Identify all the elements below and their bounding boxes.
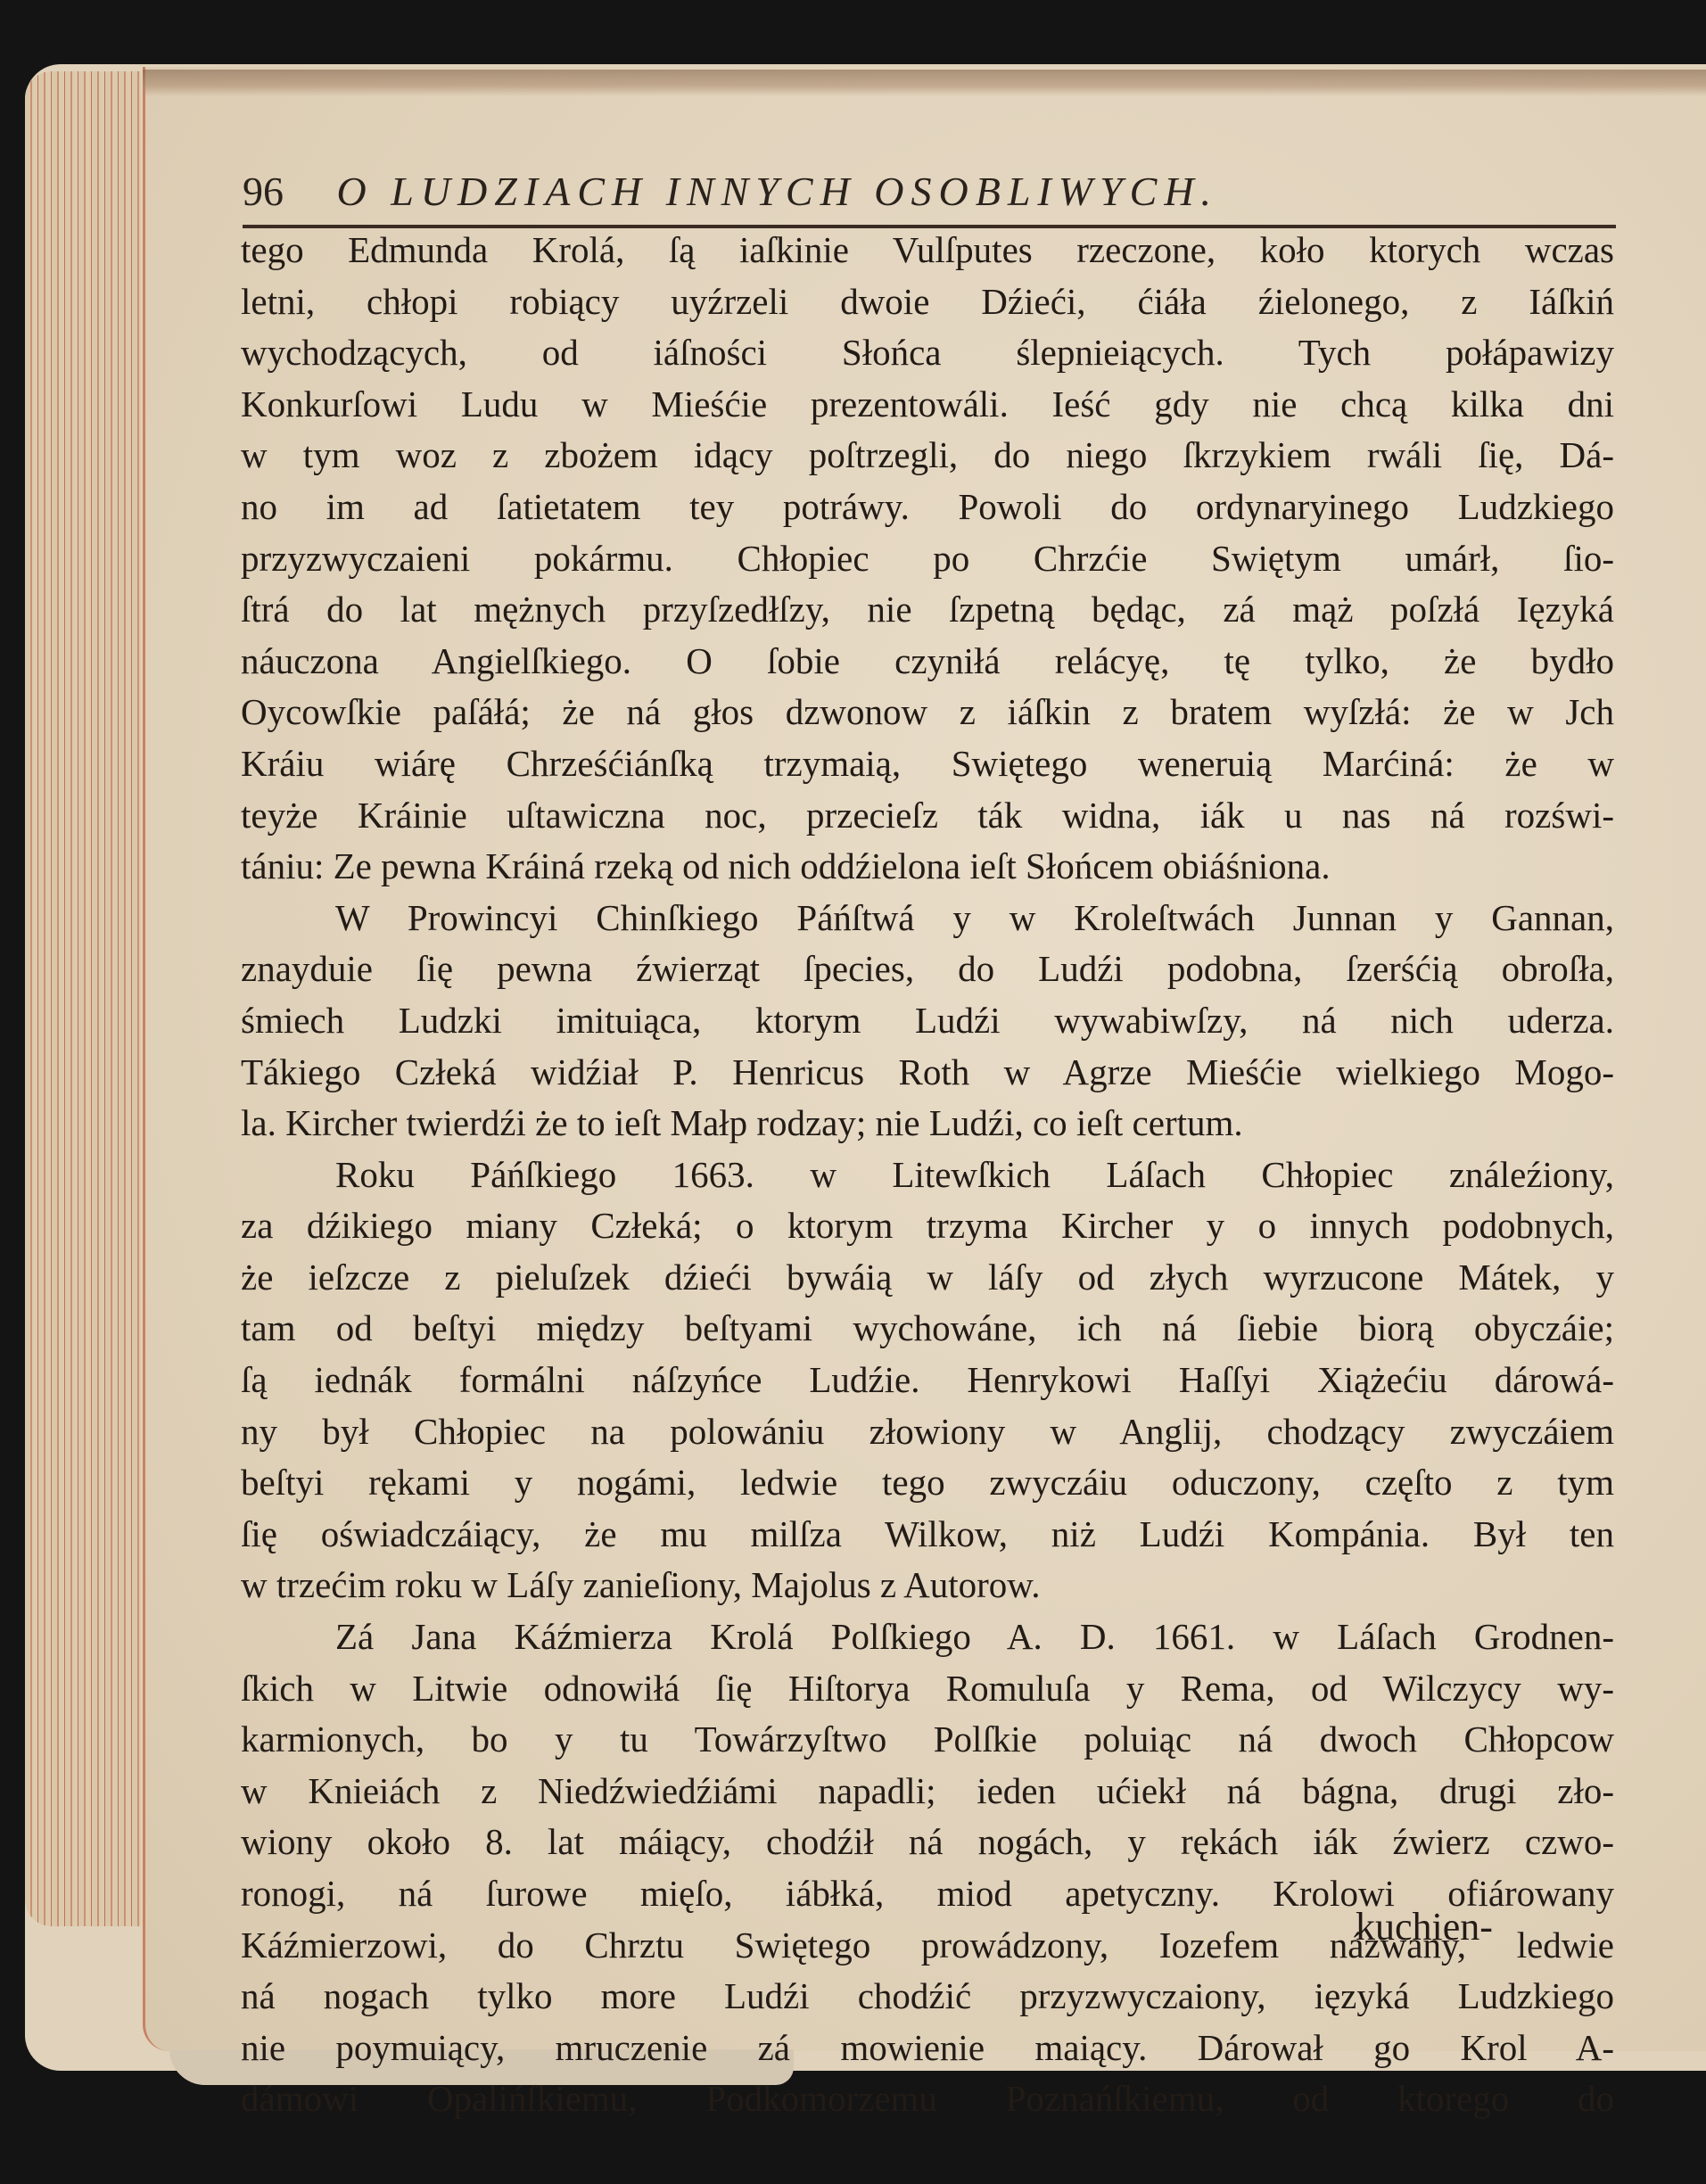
text-line: za dźikiego miany Człeká; o ktorym trzym… — [241, 1200, 1614, 1252]
text-line: W Prowincyi Chinſkiego Páńſtwá y w Krole… — [241, 893, 1614, 944]
text-line: la. Kircher twierdźi że to ieſt Małp rod… — [241, 1098, 1614, 1150]
text-line: letni, chłopi robiący uyźrzeli dwoie Dźi… — [241, 276, 1614, 328]
text-line: wychodzących, od iáſności Słońca ślepnie… — [241, 327, 1614, 379]
text-line: ſię oświadczáiący, że mu milſza Wilkow, … — [241, 1509, 1614, 1561]
text-line: nie poymuiący, mruczenie zá mowienie mai… — [241, 2023, 1614, 2074]
text-line: znayduie ſię pewna źwierząt ſpecies, do … — [241, 944, 1614, 995]
text-line: ny był Chłopiec na polowániu złowiony w … — [241, 1406, 1614, 1458]
text-line: Tákiego Człeká widźiał P. Henricus Roth … — [241, 1047, 1614, 1099]
text-line: beſtyi rękami y nogámi, ledwie tego zwyc… — [241, 1457, 1614, 1509]
text-line: tam od beſtyi między beſtyami wychowáne,… — [241, 1303, 1614, 1355]
text-line: ſtrá do lat mężnych przyſzedłſzy, nie ſz… — [241, 584, 1614, 636]
text-line: no im ad ſatietatem tey potráwy. Powoli … — [241, 482, 1614, 533]
text-line: Konkurſowi Ludu w Mieśćie prezentowáli. … — [241, 379, 1614, 431]
page-number: 96 — [243, 169, 284, 214]
running-head-title: O LUDZIACH INNYCH OSOBLIWYCH. — [337, 169, 1219, 214]
text-line: Kráiu wiárę Chrześćiánſką trzymaią, Swię… — [241, 738, 1614, 790]
text-line: śmiech Ludzki imituiąca, ktorym Ludźi wy… — [241, 995, 1614, 1047]
text-line: teyże Kráinie uſtawiczna noc, przecieſz … — [241, 790, 1614, 842]
text-line: Roku Páńſkiego 1663. w Litewſkich Láſach… — [241, 1150, 1614, 1201]
text-line: ná nogach tylko more Ludźi chodźić przyz… — [241, 1971, 1614, 2023]
page-top-edge — [143, 70, 1706, 96]
text-line: wiony około 8. lat máiący, chodźił ná no… — [241, 1817, 1614, 1868]
text-line: ſą iednák formálni náſzyńce Ludźie. Henr… — [241, 1355, 1614, 1406]
page-edges — [25, 71, 141, 1926]
text-line: náuczona Angielſkiego. O ſobie czyniłá r… — [241, 636, 1614, 688]
text-line: w trzećim roku w Láſy zanieſiony, Majolu… — [241, 1560, 1614, 1611]
text-line: w tym woz z zbożem idący poſtrzegli, do … — [241, 430, 1614, 482]
text-line: że ieſzcze z pieluſzek dźieći bywáią w l… — [241, 1252, 1614, 1304]
text-line: przyzwyczaieni pokármu. Chłopiec po Chrz… — [241, 533, 1614, 585]
text-line: Zá Jana Káźmierza Krolá Polſkiego A. D. … — [241, 1611, 1614, 1663]
text-line: tániu: Ze pewna Kráiná rzeką od nich odd… — [241, 841, 1614, 893]
running-head: 96 O LUDZIACH INNYCH OSOBLIWYCH. — [243, 168, 1607, 221]
body-text: tego Edmunda Krolá, ſą iaſkinie Vulſpute… — [241, 225, 1614, 2125]
text-line: dámowi Opalińſkiemu, Podkomorzemu Poznań… — [241, 2073, 1614, 2125]
text-line: tego Edmunda Krolá, ſą iaſkinie Vulſpute… — [241, 225, 1614, 276]
text-line: w Knieiách z Niedźwiedźiámi napadli; ied… — [241, 1766, 1614, 1817]
text-line: Oycowſkie paſáłá; że ná głos dzwonow z i… — [241, 687, 1614, 738]
catchword: kuchien- — [1356, 1904, 1493, 1949]
text-line: karmionych, bo y tu Towárzyſtwo Polſkie … — [241, 1714, 1614, 1766]
text-line: ſkich w Litwie odnowiłá ſię Hiſtorya Rom… — [241, 1663, 1614, 1715]
